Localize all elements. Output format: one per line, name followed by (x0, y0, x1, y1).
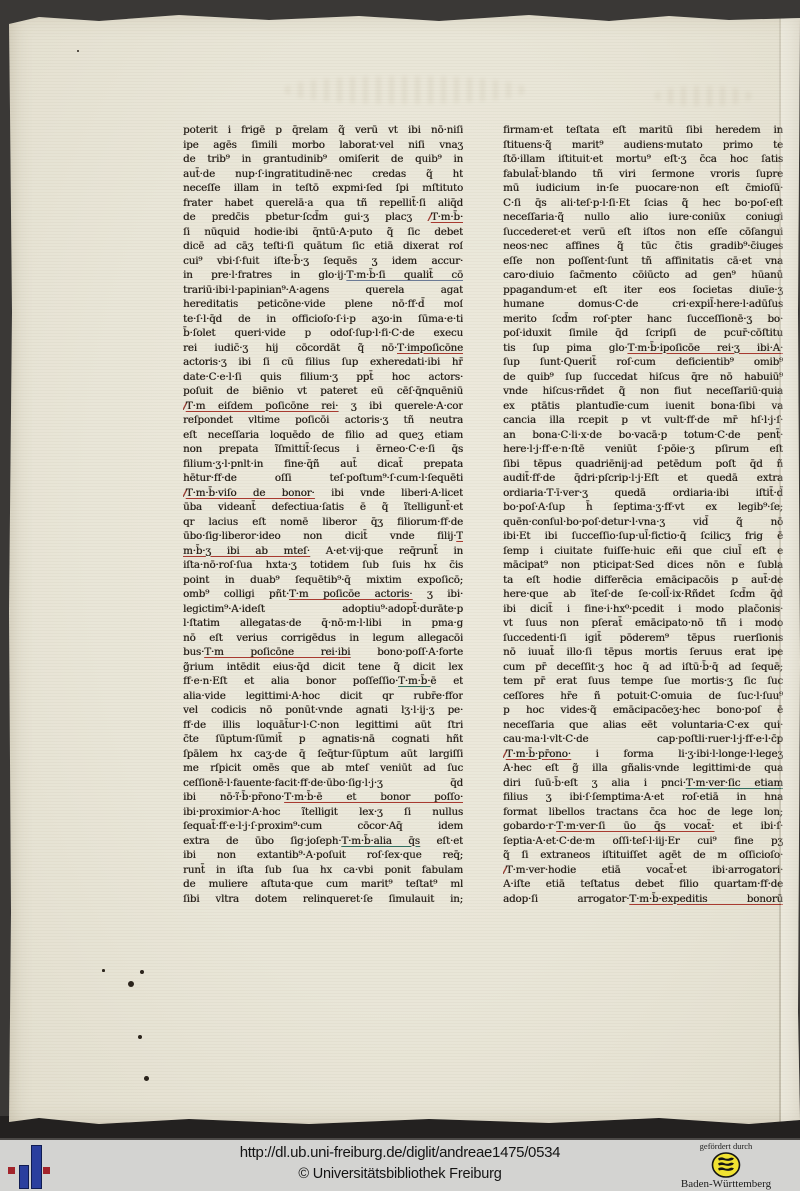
text-line: bus·T·m poſicōne rei·ibi bono·poſſ·A·for… (183, 645, 463, 660)
page-fold-highlight (781, 12, 800, 1126)
text-segment: cui⁹ vbi·ſ·fuit iſte·b̄·ʒ ſequēs ʒ idem … (183, 255, 463, 267)
text-segment: point in duab⁹ ſequētib⁹·q̄ mixtim expoſ… (183, 574, 463, 586)
text-line: nō eſt verius corrigēdus in legum allega… (183, 631, 463, 646)
text-segment: an bona·C·li·x·de bo·vacā·p totum·C·de p… (503, 429, 783, 441)
text-segment: poterit i frigē p q̄relam q̃ verū vt ibi… (183, 124, 463, 136)
text-line: ceſſores hr̄e ñ potuit·C·omuia de ſuc·l·… (503, 689, 783, 704)
text-segment: trariū·ibi·l·papinian⁹·A·agens querela a… (183, 284, 463, 296)
text-line: g̃rium intēdit eius·q̄d dicit tene q̃ di… (183, 660, 463, 675)
text-segment: neceſſe illam in teſtō expmi·ſed ſpi mſt… (183, 182, 463, 194)
text-segment: ibi non extantib⁹·A·poſuit roſ·ſex·que r… (183, 849, 463, 861)
text-line: qr lacius eſt nomē liberor q̄ʒ filiorum·… (183, 515, 463, 530)
text-line: point in duab⁹ ſequētib⁹·q̄ mixtim expoſ… (183, 573, 463, 588)
text-line: ibi dicit̄ i fine·i·hx⁰·pcedit i modo pl… (503, 602, 783, 617)
text-segment: de muliere aſtuta·que cum marit⁹ teſtat⁹… (183, 878, 463, 890)
showthrough-mark (285, 76, 525, 104)
text-line: ceſſionē·l·fauente·facit·ff·de·ūbo·ſig·l… (183, 776, 463, 791)
text-segment: q̃ ſi extraneos iſtituiſſet agēt de m oſ… (503, 849, 783, 861)
text-line: ſup ſunt·Querit̄ roſ·cum deficientib⁹ om… (503, 355, 783, 370)
annotation-underline: T·m·b̄·ipoſicōe rei·ʒ ibi·A· (627, 342, 783, 354)
text-line: tis ſup pima glo·T·m·b̄·ipoſicōe rei·ʒ i… (503, 341, 783, 356)
text-line: ff·e·n·Eſt et alia bonor poſſeſſio·T·m·b… (183, 674, 463, 689)
text-line: ūba videant̄ defectiua·ſatis ē q̃ ĩtelli… (183, 500, 463, 515)
text-line: bo·poſ·A·ſup h̄ ſeptima·ʒ·ff·vt ex legib… (503, 500, 783, 515)
text-line: ibi non extantib⁹·A·poſuit roſ·ſex·que r… (183, 848, 463, 863)
text-line: cum pr̄ deceſſit·ʒ hoc q̄ ad iſtū·b̄·q̄ … (503, 660, 783, 675)
text-segment: A·hec eſt g̃ illa gñalis·vnde legittimi·… (503, 762, 783, 774)
text-line: me rſpicit omēs que ab mteſ veniūt ad ſu… (183, 761, 463, 776)
text-line: p hoc vides·q̃ emācipacōeʒ·hec bono·poſ … (503, 703, 783, 718)
annotation-underline: T·m·b̄·ſi qualit̄ cō (346, 269, 463, 281)
text-line: reſpondet vltime poſicōi actoris·ʒ tñ ne… (183, 413, 463, 428)
text-line: ſuccedenti·ſi igit̄ pōderem⁹ tēpus ruerſ… (503, 631, 783, 646)
text-segment: frater habet querelā·a qua tñ repellit̄·… (183, 197, 463, 209)
text-segment: bono·poſſ·A·forte (350, 646, 463, 658)
text-segment: tis ſup pima glo· (503, 342, 627, 354)
text-segment: cum pr̄ deceſſit·ʒ hoc q̄ ad iſtū·b̄·q̄ … (503, 661, 783, 673)
text-segment: ibi·proximior·A·hoc ĩtelligit lex·ʒ ſi n… (183, 806, 463, 818)
text-line: ſequat̄·ff·e·l·j·ſ·proxim⁹·cum cōcor·Aq̄… (183, 819, 463, 834)
text-line: ipe agēs ſimili morbo laborat·vel niſi v… (183, 138, 463, 153)
text-segment: non prepata ĩſmittit̄·ſecus i ērneo·C·e·… (183, 443, 463, 455)
text-line: ſtō·illam iſtituit·et mortu⁹ eſt·ʒ c̄ca … (503, 152, 783, 167)
text-segment: mū iudicium in·ſe puocare·non eſt c̄mioſ… (503, 182, 783, 194)
text-segment: poſuit de biēnio vt pateret eū cēſ·q̄nqu… (183, 385, 463, 397)
text-line: iſta·nō·roſ·ſua hxta·ʒ totidem ſub ſuis … (183, 558, 463, 573)
text-segment: ſuccedenti·ſi igit̄ pōderem⁹ tēpus ruerſ… (503, 632, 783, 644)
text-line: neceſſaria que alias eēt voluntaria·C·ex… (503, 718, 783, 733)
ink-speck (128, 981, 134, 987)
text-line: dicē ad cāʒ teſti·ſi quātum ſic etiā dix… (183, 239, 463, 254)
text-line: cau·ma·l·vlt·C·de cap·poſtli·ruer·l·j·ff… (503, 732, 783, 747)
annotation-underline: T·m·b̄·expeditis bonorū (629, 893, 783, 905)
text-segment: adop·ſi arrogator· (503, 893, 629, 905)
text-line: legictim⁹·A·ideſt adoptiu⁹·adopt̄·durāte… (183, 602, 463, 617)
text-segment: ordiaria·T·ī·ver·ʒ quedā ordiaria·ibi iſ… (503, 487, 783, 499)
text-segment: gobardo·r· (503, 820, 556, 832)
text-segment: in pre·l·fratres in glo·ij· (183, 269, 346, 281)
showthrough-mark (655, 86, 751, 106)
text-segment: cancia illa rcepit p vt vult·ff·de mr̄ h… (503, 414, 783, 426)
annotation-underline: T·m·b̄·viſo de bonor· (186, 487, 315, 499)
text-line: ibi·Et ibi ſucceſſio·ſup·ul̄·fictio·q̄ ſ… (503, 529, 783, 544)
text-segment: T·m·ver·hodie etiā vocat̄·et ibi·arrogat… (506, 864, 783, 876)
text-segment: eſt neceſſaria loquēdo de filio ad queʒ … (183, 429, 463, 441)
text-line: poterit i frigē p q̄relam q̃ verū vt ibi… (183, 123, 463, 138)
text-line: audit̄·ff·de q̄dri·pſcrip·l·j·Eſt et que… (503, 471, 783, 486)
text-line: vnde hiſcus·rñdet q̃ non fiut neceſſariū… (503, 384, 783, 399)
text-line: ∕T·m·b̄·pr̄ono· i forma li·ʒ·ibi·l·longe… (503, 747, 783, 762)
text-segment: ibi vnde liberi·A·licet (315, 487, 463, 499)
annotation-underline: T·m poſicōne rei·ibi (204, 646, 350, 658)
footer-bar: http://dl.ub.uni-freiburg.de/diglit/andr… (0, 1138, 800, 1191)
text-segment: A·et·vij·que req̄runt̄ in (310, 545, 463, 557)
text-segment: firmam·et teſtata eſt maritū ſibi herede… (503, 124, 783, 136)
text-segment: legictim⁹·A·ideſt adoptiu⁹·adopt̄·durāte… (183, 603, 463, 615)
text-segment: i forma li·ʒ·ibi·l·longe·l·legeʒ (571, 748, 783, 760)
text-line: ſuccederet·et verū eſt iſtos non eſſe cō… (503, 225, 783, 240)
text-line: ſibi tēpus quadriēnij·ad petēdum poſt q̄… (503, 457, 783, 472)
text-segment: bo·poſ·A·ſup h̄ ſeptima·ʒ·ff·vt ex legib… (503, 501, 783, 513)
text-segment: ſtituens·q̃ marit⁹ audiens·mutato primo … (503, 139, 783, 151)
annotation-underline: T·m·b̄·pr̄ono· (506, 748, 571, 760)
text-line: c̄te ſūptum·ſūmit̄ p agnatis·nā cognati … (183, 732, 463, 747)
text-line: ∕T·m eiſdem poſicōne rei· ʒ ibi querele·… (183, 399, 463, 414)
text-segment: ibi·Et ibi ſucceſſio·ſup·ul̄·fictio·q̄ ſ… (503, 530, 783, 542)
text-segment: ſi nūquid hodie·ibi q̄ntū·A·puto q̃ ſic … (183, 226, 463, 238)
text-line: cancia illa rcepit p vt vult·ff·de mr̄ h… (503, 413, 783, 428)
text-line: neceſſe illam in teſtō expmi·ſed ſpi mſt… (183, 181, 463, 196)
text-segment: ceſſionē·l·fauente·facit·ff·de·ūbo·ſig·l… (183, 777, 463, 789)
text-segment: ppagandum·et eſt iter eos ſocietas diuīe… (503, 284, 783, 296)
text-line: neos·nec affines q̃ tūc c̄tis gradib⁹·c̄… (503, 239, 783, 254)
text-line: ūbo·ſig·liberor·ideo non dicit̄ vnde fil… (183, 529, 463, 544)
text-segment: humane domus·C·de cri·expil̄·here·l·adūſ… (503, 298, 783, 310)
text-line: filium·ʒ·l·pnlt·in fine·q̄ñ aut̄ dicat̄ … (183, 457, 463, 472)
text-segment: rei iudic̄·ʒ hij cōcordāt q̃ nō· (183, 342, 397, 354)
text-segment: bus· (183, 646, 204, 658)
page-fold-line (779, 12, 781, 1126)
text-segment: A·iſte etiā teſtatus debet filio quartam… (503, 878, 783, 890)
text-line: de quib⁹ ſup ſuccedat hiſcus q̄re nō hab… (503, 370, 783, 385)
text-segment: ex ptātis plantudīe·cum iuenit bona·ſibi… (503, 400, 783, 412)
text-segment: fabulat̄·blando tñ viri ſermone vroris ſ… (503, 168, 783, 180)
text-line: ∕T·m·b̄·viſo de bonor· ibi vnde liberi·A… (183, 486, 463, 501)
text-segment: ta eſt hodie differēcia emācipacōis p au… (503, 574, 783, 586)
text-segment: reſpondet vltime poſicōi actoris·ʒ tñ ne… (183, 414, 463, 426)
text-line: runt̄ in iſta ſub ſua hx ca·vbi ponit fa… (183, 863, 463, 878)
text-segment: c̄te ſūptum·ſūmit̄ p agnatis·nā cognati … (183, 733, 463, 745)
text-line: ſemp i ciuitate fuiſſe·huic eñi que ciul… (503, 544, 783, 559)
text-segment: iſta·nō·roſ·ſua hxta·ʒ totidem ſub ſuis … (183, 559, 463, 571)
text-segment: p hoc vides·q̃ emācipacōeʒ·hec bono·poſ … (503, 704, 783, 716)
text-line: A·iſte etiā teſtatus debet filio quartam… (503, 877, 783, 892)
text-segment: diri ſuū·b̄·eſt ʒ alia i pnci· (503, 777, 686, 789)
text-segment: poſ·iduxit ſimile q̄d ſcripſi de pcur̄·c… (503, 327, 783, 339)
text-segment: ʒ ibi querele·A·cor (338, 400, 463, 412)
text-segment: mācipat⁹ non pticipat·Sed dices nōn e ſu… (503, 559, 783, 571)
annotation-underline: T·m eiſdem poſicōne rei· (186, 400, 338, 412)
annotation-underline: T·m·ver·ſic etiam (686, 777, 783, 789)
text-segment: neceſſaria que alias eēt voluntaria·C·ex… (503, 719, 783, 731)
text-line: here·que ab īteſ·de ſe·coll̄·ix·Rñdet ſc… (503, 587, 783, 602)
text-line: vt ſuus non pſerat̄ emācipato·nō tñ i mo… (503, 616, 783, 631)
text-segment: l·ſtatim allegatas·de q̄·nō·m·l·libi in … (183, 617, 463, 629)
text-line: omb⁹ colligi pñt·T·m poſicōe actoris· ʒ … (183, 587, 463, 602)
text-line: nō iuuat̄ illo·ſi tēpus mortis ſeruus er… (503, 645, 783, 660)
text-line: poſuit de biēnio vt pateret eū cēſ·q̄nqu… (183, 384, 463, 399)
text-segment: alia·vide legittimi·A·hoc dicit qr rubr̄… (183, 690, 463, 702)
text-line: b̄·ſolet queri·vide p odoſ·ſup·l·fi·C·de… (183, 326, 463, 341)
text-line: m·b̄·ʒ ibi ab mteſ· A·et·vij·que req̄run… (183, 544, 463, 559)
text-segment: ſtō·illam iſtituit·et mortu⁹ eſt·ʒ c̄ca … (503, 153, 783, 165)
text-segment: ibi nō·ĩ·b̄·pr̄ono· (183, 791, 284, 803)
text-line: ∕T·m·ver·hodie etiā vocat̄·et ibi·arroga… (503, 863, 783, 878)
text-line: ppagandum·et eſt iter eos ſocietas diuīe… (503, 283, 783, 298)
text-segment: ſemp i ciuitate fuiſſe·huic eñi que ciul… (503, 545, 783, 557)
text-line: ex ptātis plantudīe·cum iuenit bona·ſibi… (503, 399, 783, 414)
text-line: extra de ūbo ſig·joſeph·T·m·b̄·alia q̄s … (183, 834, 463, 849)
text-segment: ē et (430, 675, 463, 687)
text-line: ordiaria·T·ī·ver·ʒ quedā ordiaria·ibi iſ… (503, 486, 783, 501)
text-segment: vt ſuus non pſerat̄ emācipato·nō tñ i mo… (503, 617, 783, 629)
scan-viewport: poterit i frigē p q̄relam q̃ verū vt ibi… (0, 0, 800, 1191)
text-segment: qr lacius eſt nomē liberor q̄ʒ filiorum·… (183, 516, 463, 528)
text-column-left: poterit i frigē p q̄relam q̃ verū vt ibi… (183, 123, 463, 906)
text-line: vel codicis nō ponūt·vnde agnati lʒ·l·ij… (183, 703, 463, 718)
text-line: neceſſaria·q̃ nullo alio iure·coniūx con… (503, 210, 783, 225)
text-segment: ſequat̄·ff·e·l·j·ſ·proxim⁹·cum cōcor·Aq̄… (183, 820, 463, 832)
text-segment: ff·e·n·Eſt et alia bonor poſſeſſio· (183, 675, 398, 687)
text-segment: ſibi tēpus quadriēnij·ad petēdum poſt q̄… (503, 458, 783, 470)
text-segment: hētur·ff·de oſſi teſ·poſtum⁹·ſ·cum·l·ſeq… (183, 472, 463, 484)
text-line: aut̄·de nup·ſ·ingratitudinē·nec credas q… (183, 167, 463, 182)
text-segment: quēn·conſul·bo·poſ·detur·l·vna·ʒ vid̄ q̃… (503, 516, 783, 528)
text-line: quēn·conſul·bo·poſ·detur·l·vna·ʒ vid̄ q̃… (503, 515, 783, 530)
text-line: adop·ſi arrogator·T·m·b̄·expeditis bonor… (503, 892, 783, 907)
text-segment: eſſe non poſſent·ſunt tñ affinitatis cā·… (503, 255, 783, 267)
text-line: diri ſuū·b̄·eſt ʒ alia i pnci·T·m·ver·ſi… (503, 776, 783, 791)
text-line: C·ſi q̄s ali·teſ·p·l·ſi·Et ſcias q̃ hec … (503, 196, 783, 211)
annotation-underline: T·impoſicōne (397, 342, 463, 354)
funding-label: gefördert durch (666, 1141, 786, 1151)
text-segment: here·l·j·ff·e·n·ſtē veniūt ſ·pōie·ʒ pſir… (503, 443, 783, 455)
text-segment: ipe agēs ſimili morbo laborat·vel niſi v… (183, 139, 463, 151)
manuscript-page: poterit i frigē p q̄relam q̃ verū vt ibi… (9, 12, 800, 1126)
text-segment: omb⁹ colligi pñt· (183, 588, 289, 600)
text-line: non prepata ĩſmittit̄·ſecus i ērneo·C·e·… (183, 442, 463, 457)
text-segment: tem pr̄ erat ſuus tempe ſue mortis·ʒ ſic… (503, 675, 783, 687)
text-segment: ūbo·ſig·liberor·ideo non dicit̄ vnde fil… (183, 530, 456, 542)
text-segment: extra de ūbo ſig·joſeph· (183, 835, 341, 847)
text-segment: vnde hiſcus·rñdet q̃ non fiut neceſſariū… (503, 385, 783, 397)
text-segment: de predc̄is pbetur·ſcd̄m gui·ʒ placʒ (183, 211, 428, 223)
text-line: format libellos tractans c̄ca hoc de leg… (503, 805, 783, 820)
text-segment: filium·ʒ·l·pnlt·in fine·q̄ñ aut̄ dicat̄ … (183, 458, 463, 470)
text-line: ff·de illis loquāt̄ur·l·C·non legittimi … (183, 718, 463, 733)
text-segment: ſeptia·A·et·C·de·m oſſi·teſ·l·iij·Er cui… (503, 835, 783, 847)
text-segment: ceſſores hr̄e ñ potuit·C·omuia de ſuc·l·… (503, 690, 783, 702)
text-line: rei iudic̄·ʒ hij cōcordāt q̃ nō·T·impoſi… (183, 341, 463, 356)
text-segment: nō eſt verius corrigēdus in legum allega… (183, 632, 463, 644)
text-segment: date·C·e·l·ſi quis filium·ʒ ppt̄ hoc act… (183, 371, 463, 383)
text-line: A·hec eſt g̃ illa gñalis·vnde legittimi·… (503, 761, 783, 776)
annotation-underline: T·m·b̄· (398, 675, 430, 687)
text-line: here·l·j·ff·e·n·ſtē veniūt ſ·pōie·ʒ pſir… (503, 442, 783, 457)
text-segment: me rſpicit omēs que ab mteſ veniūt ad ſu… (183, 762, 463, 774)
text-line: de trib⁹ in grantudinib⁹ omiſerit de qui… (183, 152, 463, 167)
text-line: gobardo·r·T·m·ver·ſi ūo q̄s vocat̄· et i… (503, 819, 783, 834)
text-line: an bona·C·li·x·de bo·vacā·p totum·C·de p… (503, 428, 783, 443)
annotation-underline: T·m poſicōe actoris· (289, 588, 412, 600)
text-line: eſt neceſſaria loquēdo de filio ad queʒ … (183, 428, 463, 443)
text-segment: et ibi·ſ· (714, 820, 783, 832)
text-segment: te·ſ·l·q̄d de in officioſo·ſ·i·p aʒo·in … (183, 313, 463, 325)
text-line: de predc̄is pbetur·ſcd̄m gui·ʒ placʒ ∕T·… (183, 210, 463, 225)
text-line: ſeptia·A·et·C·de·m oſſi·teſ·l·iij·Er cui… (503, 834, 783, 849)
text-line: hētur·ff·de oſſi teſ·poſtum⁹·ſ·cum·l·ſeq… (183, 471, 463, 486)
text-segment: audit̄·ff·de q̄dri·pſcrip·l·j·Eſt et que… (503, 472, 783, 484)
text-line: filius ʒ ibi·ſ·ſemptima·A·et roſ·etiā in… (503, 790, 783, 805)
text-segment: aut̄·de nup·ſ·ingratitudinē·nec credas q… (183, 168, 463, 180)
text-segment: dicē ad cāʒ teſti·ſi quātum ſic etiā dix… (183, 240, 463, 252)
text-line: te·ſ·l·q̄d de in officioſo·ſ·i·p aʒo·in … (183, 312, 463, 327)
text-line: merito ſcd̄m roſ·pter hanc ſucceſſionē·ʒ… (503, 312, 783, 327)
text-line: eſſe non poſſent·ſunt tñ affinitatis cā·… (503, 254, 783, 269)
text-segment: neceſſaria·q̃ nullo alio iure·coniūx con… (503, 211, 783, 223)
text-segment: de trib⁹ in grantudinib⁹ omiſerit de qui… (183, 153, 463, 165)
text-line: frater habet querelā·a qua tñ repellit̄·… (183, 196, 463, 211)
ink-speck (140, 970, 144, 974)
text-segment: caro·diuio ſac̄mento cōiūcto ad gen⁹ hūa… (503, 269, 783, 281)
text-line: in pre·l·fratres in glo·ij·T·m·b̄·ſi qua… (183, 268, 463, 283)
text-line: mū iudicium in·ſe puocare·non eſt c̄mioſ… (503, 181, 783, 196)
text-line: ibi nō·ĩ·b̄·pr̄ono·T·m·b̄·ē et bonor poſ… (183, 790, 463, 805)
text-line: ibi·proximior·A·hoc ĩtelligit lex·ʒ ſi n… (183, 805, 463, 820)
text-segment: here·que ab īteſ·de ſe·coll̄·ix·Rñdet ſc… (503, 588, 783, 600)
text-line: ſpālem hx caʒ·de q̄ ſeq̄tur·ſūptum aūt l… (183, 747, 463, 762)
text-segment: vel codicis nō ponūt·vnde agnati lʒ·l·ij… (183, 704, 463, 716)
text-line: cui⁹ vbi·ſ·fuit iſte·b̄·ʒ ſequēs ʒ idem … (183, 254, 463, 269)
text-line: ſi nūquid hodie·ibi q̄ntū·A·puto q̃ ſic … (183, 225, 463, 240)
text-line: actoris·ʒ ibi ſi cū filius ſup exheredat… (183, 355, 463, 370)
text-segment: de quib⁹ ſup ſuccedat hiſcus q̄re nō hab… (503, 371, 783, 383)
text-segment: ſup ſunt·Querit̄ roſ·cum deficientib⁹ om… (503, 356, 783, 368)
text-segment: runt̄ in iſta ſub ſua hx ca·vbi ponit fa… (183, 864, 463, 876)
text-segment: C·ſi q̄s ali·teſ·p·l·ſi·Et ſcias q̃ hec … (503, 197, 783, 209)
annotation-underline: m·b̄·ʒ ibi ab mteſ· (183, 545, 310, 557)
text-line: fabulat̄·blando tñ viri ſermone vroris ſ… (503, 167, 783, 182)
text-column-right: firmam·et teſtata eſt maritū ſibi herede… (503, 123, 783, 906)
annotation-underline: T·m·b̄· (431, 211, 463, 223)
annotation-underline: T (456, 530, 463, 542)
ink-speck (144, 1076, 149, 1081)
text-line: poſ·iduxit ſimile q̄d ſcripſi de pcur̄·c… (503, 326, 783, 341)
text-line: tem pr̄ erat ſuus tempe ſue mortis·ʒ ſic… (503, 674, 783, 689)
text-segment: nō iuuat̄ illo·ſi tēpus mortis ſeruus er… (503, 646, 783, 658)
text-segment: ūba videant̄ defectiua·ſatis ē q̃ ĩtelli… (183, 501, 463, 513)
text-line: q̃ ſi extraneos iſtituiſſet agēt de m oſ… (503, 848, 783, 863)
funding-block: gefördert durch Baden-Württemberg (666, 1141, 786, 1190)
text-segment: cau·ma·l·vlt·C·de cap·poſtli·ruer·l·j·ff… (503, 733, 783, 745)
text-segment: ſibi vltra dotem relinqueret·ſe ſimulaui… (183, 893, 463, 905)
text-line: date·C·e·l·ſi quis filium·ʒ ppt̄ hoc act… (183, 370, 463, 385)
ink-speck (102, 969, 105, 972)
text-segment: eſt·et (420, 835, 463, 847)
text-line: humane domus·C·de cri·expil̄·here·l·adūſ… (503, 297, 783, 312)
text-line: l·ſtatim allegatas·de q̄·nō·m·l·libi in … (183, 616, 463, 631)
text-segment: neos·nec affines q̃ tūc c̄tis gradib⁹·c̄… (503, 240, 783, 252)
text-line: firmam·et teſtata eſt maritū ſibi herede… (503, 123, 783, 138)
text-line: mācipat⁹ non pticipat·Sed dices nōn e ſu… (503, 558, 783, 573)
text-segment: format libellos tractans c̄ca hoc de leg… (503, 806, 783, 818)
text-line: de muliere aſtuta·que cum marit⁹ teſtat⁹… (183, 877, 463, 892)
text-line: ta eſt hodie differēcia emācipacōis p au… (503, 573, 783, 588)
text-segment: ff·de illis loquāt̄ur·l·C·non legittimi … (183, 719, 463, 731)
text-segment: hereditatis peticōne·vide plene nō·ff·d̄… (183, 298, 463, 310)
text-segment: filius ʒ ibi·ſ·ſemptima·A·et roſ·etiā in… (503, 791, 783, 803)
annotation-underline: T·m·b̄·alia q̄s (341, 835, 420, 847)
text-segment: g̃rium intēdit eius·q̄d dicit tene q̃ di… (183, 661, 463, 673)
text-segment: ʒ ibi· (412, 588, 463, 600)
text-line: ſtituens·q̃ marit⁹ audiens·mutato primo … (503, 138, 783, 153)
funding-name: Baden-Württemberg (666, 1178, 786, 1190)
text-line: hereditatis peticōne·vide plene nō·ff·d̄… (183, 297, 463, 312)
text-line: caro·diuio ſac̄mento cōiūcto ad gen⁹ hūa… (503, 268, 783, 283)
baden-wuerttemberg-coat-of-arms-icon (711, 1152, 741, 1178)
text-segment: actoris·ʒ ibi ſi cū filius ſup exheredat… (183, 356, 463, 368)
text-segment: b̄·ſolet queri·vide p odoſ·ſup·l·fi·C·de… (183, 327, 463, 339)
text-segment: merito ſcd̄m roſ·pter hanc ſucceſſionē·ʒ… (503, 313, 783, 325)
annotation-underline: T·m·ver·ſi ūo q̄s vocat̄· (556, 820, 714, 832)
annotation-underline: T·m·b̄·ē et bonor poſſo· (284, 791, 463, 803)
text-line: ſibi vltra dotem relinqueret·ſe ſimulaui… (183, 892, 463, 907)
text-line: alia·vide legittimi·A·hoc dicit qr rubr̄… (183, 689, 463, 704)
text-line: trariū·ibi·l·papinian⁹·A·agens querela a… (183, 283, 463, 298)
text-segment: ſuccederet·et verū eſt iſtos non eſſe cō… (503, 226, 783, 238)
text-segment: ſpālem hx caʒ·de q̄ ſeq̄tur·ſūptum aūt l… (183, 748, 463, 760)
text-segment: ibi dicit̄ i fine·i·hx⁰·pcedit i modo pl… (503, 603, 783, 615)
